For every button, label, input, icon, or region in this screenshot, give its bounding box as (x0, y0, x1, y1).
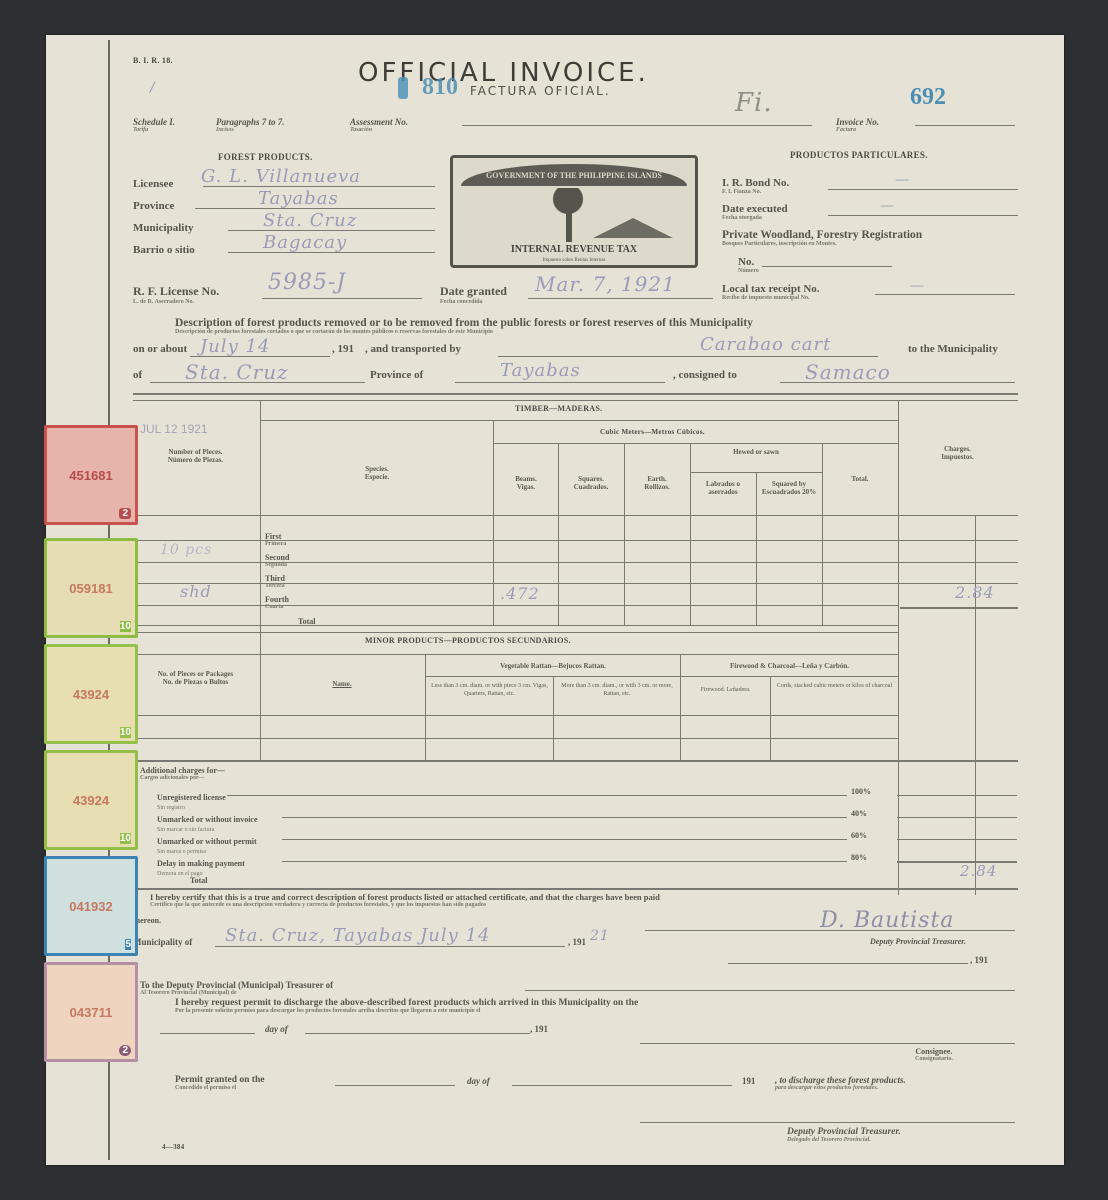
col-earth: Earth.Rollizos. (626, 475, 688, 491)
emblem-figure-icon (548, 188, 588, 243)
emblem-caption: INTERNAL REVENUE TAX (453, 244, 695, 255)
cubic-heading: Cubic Meters—Metros Cúbicos. (600, 428, 705, 436)
certification-date-year: , 191 (970, 955, 988, 965)
invoice-line (915, 125, 1015, 126)
col-squares: Squares.Cuadrados. (560, 475, 622, 491)
charge-item: Unregistered licenseSin registro 100% (157, 787, 1037, 809)
minor-col-pieces: No. of Pieces or PackagesNo. de Piezas o… (133, 670, 258, 686)
minor-col-rattan: Vegetable Rattan—Bejucos Rattan. (427, 662, 679, 670)
of-value: Sta. Cruz (185, 360, 289, 384)
handwritten-mark: Fi. (735, 88, 773, 118)
col-squared: Squared byEscuadrados 20% (758, 480, 820, 496)
stamped-number: 810 (398, 74, 458, 101)
on-or-about-value: July 14 (200, 336, 270, 357)
timber-title: TIMBER—MADERAS. (515, 404, 602, 413)
grand-total-value: 2.84 (960, 862, 997, 880)
certification-municipality-label: Municipality of (133, 937, 192, 947)
form-code: B. I. R. 18. (133, 56, 173, 65)
permit-year-label: 191 (742, 1076, 756, 1086)
col-species: Species.Especie. (262, 465, 492, 481)
treasurer-signature: D. Bautista (820, 908, 954, 933)
discharge-day-of-label: day of (265, 1024, 288, 1034)
internal-revenue-emblem: GOVERNMENT OF THE PHILIPPINE ISLANDS INT… (450, 155, 698, 268)
woodland-label: Private Woodland, Forestry RegistrationB… (722, 229, 922, 248)
barrio-field: Barrio o sitio Bagacay (133, 240, 443, 262)
received-date-stamp: JUL 12 1921 (140, 422, 208, 436)
certification-year-label: , 191 (568, 937, 586, 947)
page-subtitle: FACTURA OFICIAL. (470, 84, 611, 98)
beams-value-4: .472 (500, 584, 540, 603)
charge-item: Unmarked or without invoiceSin marcar o … (157, 809, 1037, 831)
tick-mark: / (150, 80, 156, 96)
charge-item: Delay in making paymentDemora en el pago… (157, 853, 1037, 875)
assessment-label: Assessment No.Tasación (350, 117, 408, 134)
date-granted-label: Date grantedFecha concedida (440, 284, 507, 306)
bond-value: — (895, 172, 910, 188)
group-third: ThirdTercera (265, 574, 285, 590)
of-label: of (133, 369, 142, 381)
discharge-to-label: To the Deputy Provincial (Municipal) Tre… (140, 980, 333, 997)
province-of-label: Province of (370, 369, 423, 381)
minor-sub-3: Firewood. Leñadera. (683, 686, 768, 694)
schedule-label: Schedule I.Tarifa (133, 117, 175, 134)
revenue-stamp: 05918110 (44, 538, 138, 638)
permit-signer-title: Deputy Provincial Treasurer.Delegado del… (787, 1127, 901, 1144)
consigned-value: Samaco (805, 360, 891, 384)
transported-value: Carabao cart (700, 334, 831, 355)
col-total: Total. (824, 475, 896, 483)
revenue-stamp: 4392410 (44, 750, 138, 850)
revenue-stamp: 4392410 (44, 644, 138, 744)
consigned-label: , consigned to (673, 369, 737, 381)
minor-sub-4: Cords, stacked cubic meters or kilos of … (773, 682, 896, 690)
permit-granted-label: Permit granted on theConcedido el permis… (175, 1075, 264, 1092)
local-tax-label: Local tax receipt No.Recibo de impuesto … (722, 283, 820, 302)
revenue-stamp: 0437112 (44, 962, 138, 1062)
emblem-mountain-icon (593, 218, 673, 238)
charge-item: Unmarked or without permitSin marca o pe… (157, 831, 1037, 853)
certification-signer-title: Deputy Provincial Treasurer. (870, 937, 966, 946)
pieces-value-2: 10 pcs (160, 542, 212, 558)
certification-year-value: 21 (590, 928, 610, 944)
grand-total-label: Total (190, 876, 208, 885)
invoice-number: 692 (910, 84, 946, 111)
col-charges: Charges.Impuestos. (900, 445, 1015, 461)
minor-sub-2: More than 3 cm. diam., or with 3 cm. or … (556, 682, 678, 698)
minor-col-firewood: Firewood & Charcoal—Leña y Carbón. (682, 662, 897, 670)
paragraphs-label: Paragraphs 7 to 7.Incisos (216, 117, 285, 134)
group-second: SecondSegunda (265, 553, 289, 569)
bond-label: I. R. Bond No.F. I. Fianza No. (722, 177, 789, 196)
revenue-stamp: 4516812 (44, 425, 138, 525)
date-granted-value: Mar. 7, 1921 (535, 272, 676, 296)
permit-discharge-text: , to discharge these forest products.par… (775, 1075, 906, 1092)
private-products-heading: PRODUCTOS PARTICULARES. (790, 150, 928, 160)
certification-municipality-value: Sta. Cruz, Tayabas July 14 (225, 925, 490, 946)
license-label: R. F. License No.L. de R. Aserradero No. (133, 284, 219, 306)
additional-charges-list: Unregistered licenseSin registro 100% Un… (157, 787, 1037, 875)
emblem-caption-sub: Impuesto sobre Rentas Internas (453, 258, 695, 263)
registration-no-label: No.Número (738, 256, 759, 275)
charges-value-4: 2.84 (955, 583, 995, 602)
col-hewed: Hewed or sawn (692, 448, 820, 456)
description-line: Description of forest products removed o… (175, 317, 1020, 336)
date-executed-label: Date executedFecha otorgada (722, 203, 788, 222)
forest-products-heading: FOREST PRODUCTS. (218, 152, 313, 162)
transported-label: , and transported by (365, 343, 461, 355)
barrio-value: Bagacay (263, 232, 347, 253)
timber-total-label: Total (298, 617, 316, 626)
certification-text: I hereby certify that this is a true and… (150, 892, 1020, 909)
municipality-value: Sta. Cruz (263, 210, 357, 231)
minor-col-name: Name. (262, 680, 422, 688)
pieces-value-4: shd (180, 582, 212, 601)
to-municipality-label: to the Municipality (908, 343, 998, 355)
permit-day-of-label: day of (467, 1076, 490, 1086)
local-tax-value: — (910, 278, 925, 294)
license-value: 5985-J (268, 270, 346, 295)
additional-heading: Additional charges for—Cargos adicionale… (140, 766, 225, 782)
col-beams: Beams.Vigas. (495, 475, 557, 491)
year-suffix: , 191 (332, 343, 354, 355)
province-of-value: Tayabas (500, 360, 581, 381)
discharge-request-text: I hereby request permit to discharge the… (175, 998, 1025, 1015)
minor-sub-1: Less than 3 cm. diam. or with piece 3 cm… (428, 682, 551, 698)
discharge-year-label: , 191 (530, 1024, 548, 1034)
province-value: Tayabas (258, 188, 339, 209)
on-or-about-label: on or about (133, 343, 187, 355)
col-hewed-sub: Labrados o aserrados (692, 480, 754, 496)
forest-products-fields: Licensee G. L. Villanueva Province Tayab… (133, 174, 443, 262)
minor-title: MINOR PRODUCTS—PRODUCTOS SECUNDARIOS. (365, 636, 571, 645)
invoice-label: Invoice No.Factura (836, 117, 879, 134)
group-first: FirstPrimera (265, 532, 286, 548)
revenue-stamp: 0419325 (44, 856, 138, 956)
footer-code: 4—384 (162, 1143, 185, 1151)
licensee-value: G. L. Villanueva (201, 166, 361, 187)
col-pieces: Number of Pieces.Número de Piezas. (133, 448, 258, 464)
assessment-line (462, 125, 812, 126)
group-fourth: FourthCuarta (265, 595, 289, 611)
emblem-band: GOVERNMENT OF THE PHILIPPINE ISLANDS (461, 164, 687, 186)
date-executed-value: — (880, 198, 895, 214)
consignee-label: Consignee.Consignatario. (915, 1047, 953, 1063)
